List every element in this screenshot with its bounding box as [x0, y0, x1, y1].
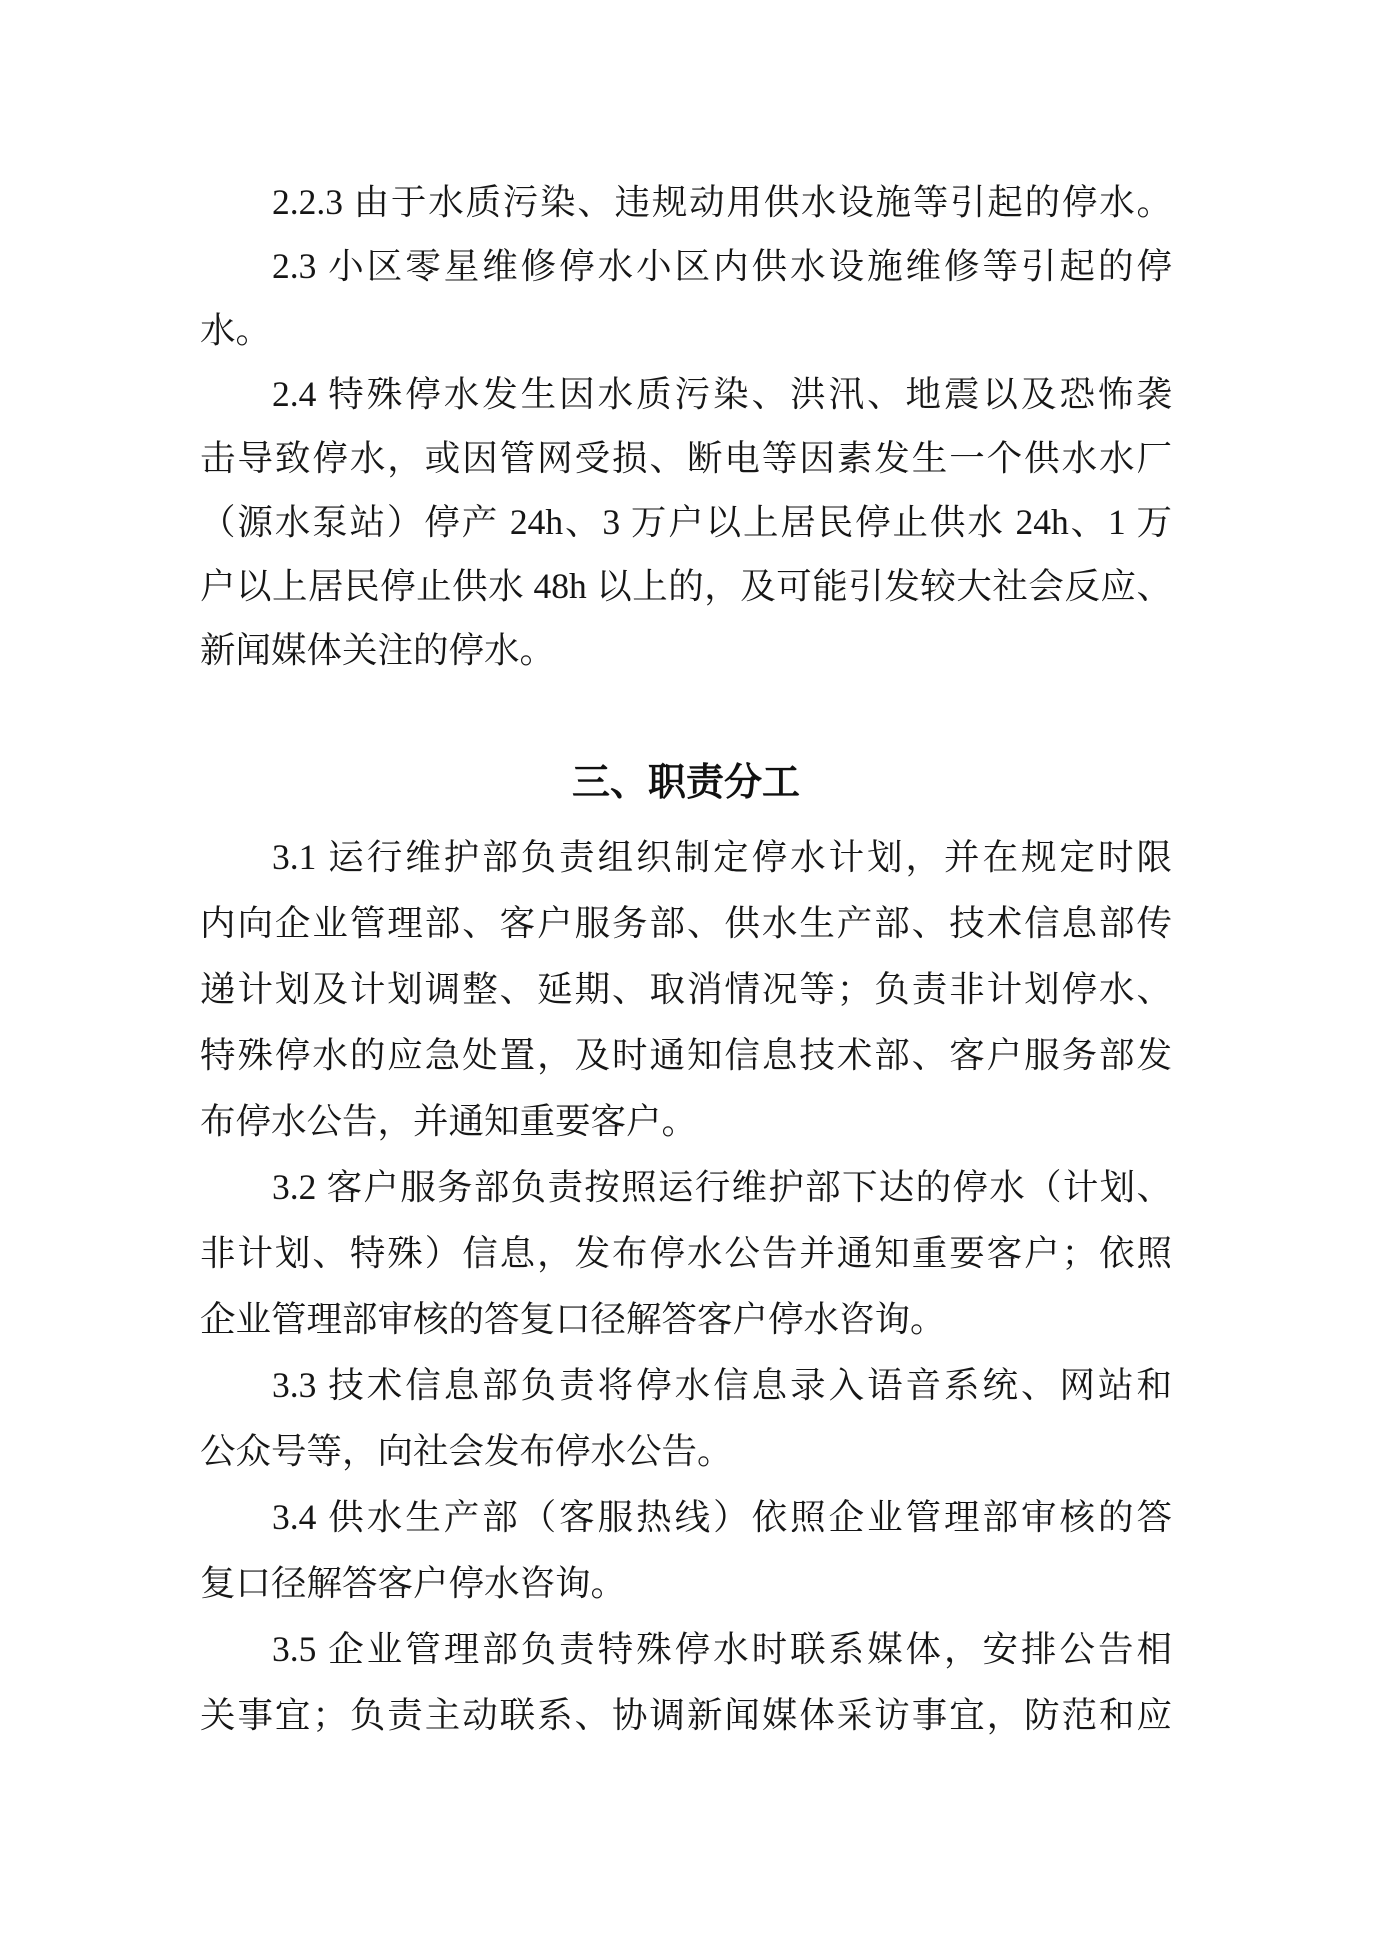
text-line: 2.2.3 由于水质污染、违规动用供水设施等引起的停水。	[200, 170, 1172, 234]
document-page: 2.2.3 由于水质污染、违规动用供水设施等引起的停水。2.3 小区零星维修停水…	[0, 0, 1379, 1958]
text-line: 3.1 运行维护部负责组织制定停水计划，并在规定时限	[200, 824, 1172, 890]
text-line: 3.5 企业管理部负责特殊停水时联系媒体，安排公告相	[200, 1616, 1172, 1682]
text-line: 3.4 供水生产部（客服热线）依照企业管理部审核的答	[200, 1484, 1172, 1550]
text-line: 非计划、特殊）信息，发布停水公告并通知重要客户；依照	[200, 1220, 1172, 1286]
section-3-heading: 三、职责分工	[200, 751, 1172, 815]
text-line: 3.2 客户服务部负责按照运行维护部下达的停水（计划、	[200, 1154, 1172, 1220]
text-line: （源水泵站）停产 24h、3 万户以上居民停止供水 24h、1 万	[200, 490, 1172, 554]
text-line: 特殊停水的应急处置，及时通知信息技术部、客户服务部发	[200, 1022, 1172, 1088]
text-line: 2.4 特殊停水发生因水质污染、洪汛、地震以及恐怖袭	[200, 362, 1172, 426]
text-line: 布停水公告，并通知重要客户。	[200, 1088, 1172, 1154]
section-3-lines: 3.1 运行维护部负责组织制定停水计划，并在规定时限内向企业管理部、客户服务部、…	[200, 824, 1172, 1748]
text-line: 3.3 技术信息部负责将停水信息录入语音系统、网站和	[200, 1352, 1172, 1418]
section-2-lines: 2.2.3 由于水质污染、违规动用供水设施等引起的停水。2.3 小区零星维修停水…	[200, 170, 1172, 682]
text-line: 2.3 小区零星维修停水小区内供水设施维修等引起的停	[200, 234, 1172, 298]
text-line: 内向企业管理部、客户服务部、供水生产部、技术信息部传	[200, 890, 1172, 956]
text-line: 关事宜；负责主动联系、协调新闻媒体采访事宜，防范和应	[200, 1682, 1172, 1748]
text-line: 企业管理部审核的答复口径解答客户停水咨询。	[200, 1286, 1172, 1352]
text-line: 复口径解答客户停水咨询。	[200, 1550, 1172, 1616]
document-text-block: 2.2.3 由于水质污染、违规动用供水设施等引起的停水。2.3 小区零星维修停水…	[200, 170, 1172, 1748]
text-line: 公众号等，向社会发布停水公告。	[200, 1418, 1172, 1484]
text-line: 新闻媒体关注的停水。	[200, 618, 1172, 682]
text-line: 击导致停水，或因管网受损、断电等因素发生一个供水水厂	[200, 426, 1172, 490]
text-line: 水。	[200, 298, 1172, 362]
text-line: 递计划及计划调整、延期、取消情况等；负责非计划停水、	[200, 956, 1172, 1022]
text-line: 户以上居民停止供水 48h 以上的，及可能引发较大社会反应、	[200, 554, 1172, 618]
